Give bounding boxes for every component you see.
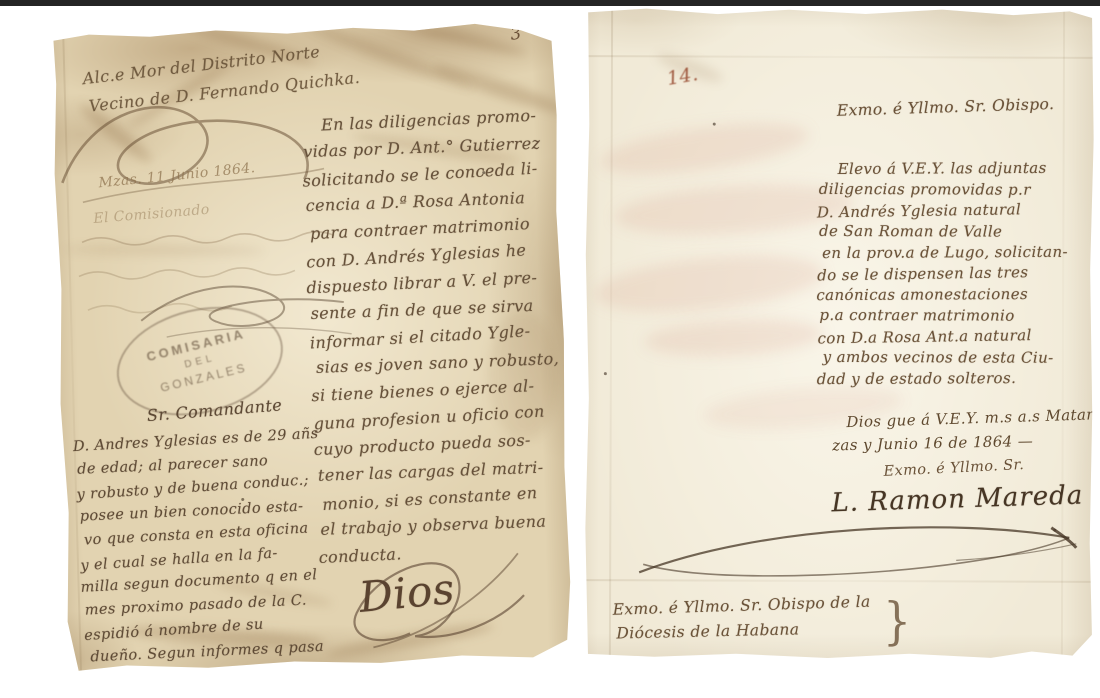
closing-word: Dios (357, 564, 457, 622)
right-manuscript-page: 14. Exmo. é Yllmo. Sr. Obispo. Elevo á V… (583, 7, 1095, 661)
folio-number: 14. (665, 63, 700, 90)
ink-speck (713, 123, 716, 126)
footer-addressee: Exmo. é Yllmo. Sr. Obispo de laDiócesis … (612, 590, 871, 648)
handwritten-line: dad y de estado solteros. (817, 368, 1083, 390)
handwritten-line: diligencias promovidas p.r (819, 179, 1082, 201)
document-scan: 3 Alc.e Mor del Distrito NorteVecino de … (0, 0, 1100, 698)
handwritten-line: p.a contraer matrimonio (819, 305, 1082, 327)
handwritten-line: Diócesis de la Habana (616, 616, 872, 647)
handwritten-line: de San Roman de Valle (819, 221, 1082, 243)
handwritten-line: canónicas amonestaciones (816, 284, 1082, 306)
report-paragraph: D. Andres Yglesias es de 29 añsde edad; … (72, 422, 342, 671)
red-ink-show-through (643, 315, 825, 360)
red-ink-show-through (592, 246, 826, 321)
handwritten-line: y ambos vecinos de esta Ciu- (823, 347, 1083, 369)
letter-body-paragraph: Elevo á V.E.Y. las adjuntasdiligencias p… (816, 158, 1083, 390)
fold-crease (609, 7, 613, 659)
letter-dateline: Dios gue á V.E.Y. m.s a.s Matan-zas y Ju… (828, 402, 1100, 459)
handwritten-line: en la prov.a de Lugo, solicitan- (822, 242, 1082, 264)
footer-brace: } (883, 592, 912, 651)
handwritten-line: do se le dispensen las tres (817, 261, 1082, 286)
letter-closing: Exmo. é Yllmo. Sr. (883, 457, 1024, 480)
handwritten-line: D. Andrés Yglesia natural (817, 198, 1082, 223)
ink-speck (604, 372, 607, 375)
main-request-paragraph: En las diligencias promo-vidas por D. An… (298, 101, 571, 571)
handwritten-line: zas y Junio 16 de 1864 — (832, 427, 1100, 457)
page-number: 3 (509, 24, 523, 45)
scan-top-edge-bar (0, 0, 1100, 6)
handwritten-line: con D.a Rosa Ant.a natural (817, 324, 1082, 349)
letter-salutation: Exmo. é Yllmo. Sr. Obispo. (837, 95, 1055, 120)
handwritten-line: Elevo á V.E.Y. las adjuntas (838, 158, 1082, 180)
signature-quill-flourish (621, 510, 1086, 590)
left-manuscript-page: 3 Alc.e Mor del Distrito NorteVecino de … (48, 19, 574, 673)
red-ink-show-through (598, 113, 812, 183)
